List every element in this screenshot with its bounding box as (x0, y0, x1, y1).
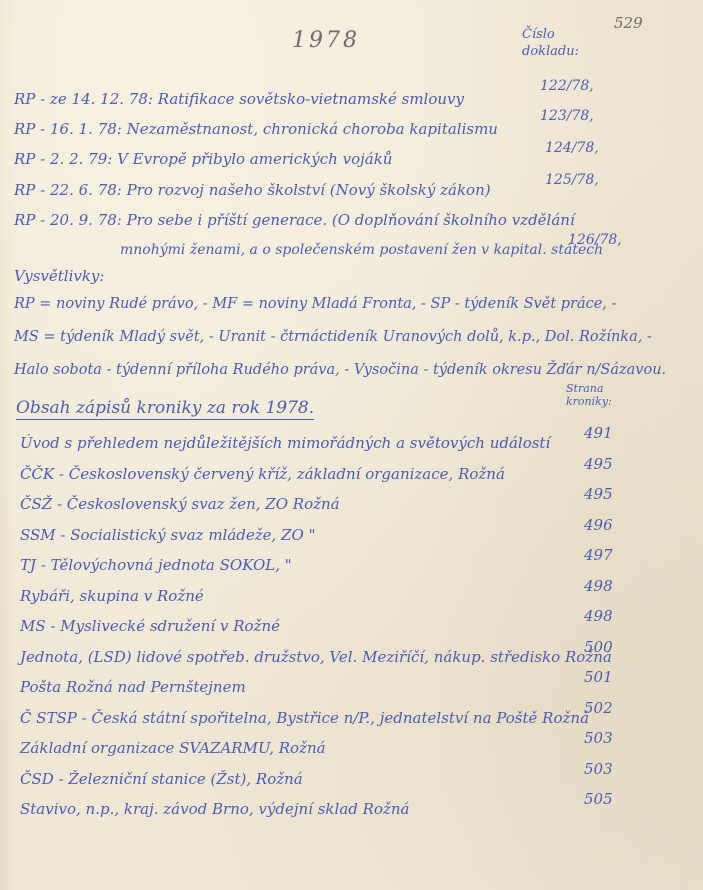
contents-item-label: Stavivo, n.p., kraj. závod Brno, výdejní… (20, 800, 409, 818)
entry-doc-number: 122/78, (540, 78, 594, 94)
contents-item-page: 503 (584, 729, 613, 747)
press-entry: RP - 2. 2. 79: V Evropě přibylo americký… (14, 150, 392, 168)
note-line: MS = týdeník Mladý svět, - Uranit - čtrn… (14, 329, 652, 345)
entry-title: Ratifikace sovětsko-vietnamské smlouvy (158, 90, 464, 108)
entry-source: RP - 2. 2. 79: (14, 150, 112, 168)
contents-item-label: MS - Myslivecké sdružení v Rožné (20, 617, 280, 635)
entry-title-continuation: mnohými ženami, a o společenském postave… (120, 242, 603, 258)
contents-item-page: 501 (584, 668, 613, 686)
contents-item-page: 496 (584, 516, 613, 534)
contents-item-page: 495 (584, 455, 613, 473)
notes-title: Vysvětlivky: (14, 267, 104, 285)
contents-item-page: 498 (584, 607, 613, 625)
contents-item-page: 491 (584, 424, 613, 442)
contents-item-label: Základní organizace SVAZARMU, Rožná (20, 739, 326, 757)
contents-item-label: Rybáři, skupina v Rožné (20, 587, 204, 605)
entry-source: RP - 22. 6. 78: (14, 181, 122, 199)
contents-item-page: 503 (584, 760, 613, 778)
page-column-header: Strana kroniky: (566, 382, 612, 408)
contents-item-label: ČČK - Československý červený kříž, zákla… (20, 465, 505, 483)
contents-item-label: ČSŽ - Československý svaz žen, ZO Rožná (20, 495, 340, 513)
contents-item-label: Úvod s přehledem nejdůležitějších mimořá… (20, 434, 550, 452)
chronicle-page: 529 1978 Číslo dokladu: RP - ze 14. 12. … (0, 0, 703, 890)
year-heading: 1978 (292, 28, 360, 53)
contents-item-page: 498 (584, 577, 613, 595)
press-entry: RP - 16. 1. 78: Nezaměstnanost, chronick… (14, 120, 498, 138)
entry-source: RP - 20. 9. 78: (14, 211, 122, 229)
entry-doc-number: 125/78, (545, 172, 599, 188)
entry-title: Pro sebe i příští generace. (O doplňován… (127, 211, 575, 229)
doc-number-column-header: Číslo dokladu: (522, 26, 579, 60)
contents-item-label: Jednota, (LSD) lidové spotřeb. družstvo,… (20, 648, 612, 666)
contents-item-page: 495 (584, 485, 613, 503)
page-number: 529 (614, 14, 643, 32)
contents-item-page: 497 (584, 546, 613, 564)
contents-item-label: Č STSP - Česká státní spořitelna, Bystři… (20, 709, 589, 727)
contents-item-label: SSM - Socialistický svaz mládeže, ZO " (20, 526, 315, 544)
contents-item-label: TJ - Tělovýchovná jednota SOKOL, " (20, 556, 292, 574)
entry-title: Nezaměstnanost, chronická choroba kapita… (127, 120, 498, 138)
contents-item-label: ČSD - Železniční stanice (Žst), Rožná (20, 770, 303, 788)
contents-item-page: 500 (584, 638, 613, 656)
entry-source: RP - 16. 1. 78: (14, 120, 122, 138)
press-entry: RP - 22. 6. 78: Pro rozvoj našeho školst… (14, 181, 491, 199)
entry-doc-number: 126/78, (568, 232, 622, 248)
contents-title: Obsah zápisů kroniky za rok 1978. (16, 398, 314, 420)
press-entry: RP - ze 14. 12. 78: Ratifikace sovětsko-… (14, 90, 464, 108)
entry-title: Pro rozvoj našeho školství (Nový školský… (127, 181, 491, 199)
entry-source: RP - ze 14. 12. 78: (14, 90, 153, 108)
entry-title: V Evropě přibylo amerických vojáků (117, 150, 392, 168)
entry-doc-number: 123/78, (540, 108, 594, 124)
entry-doc-number: 124/78, (545, 140, 599, 156)
contents-item-label: Pošta Rožná nad Pernštejnem (20, 678, 246, 696)
contents-item-page: 505 (584, 790, 613, 808)
note-line: RP = noviny Rudé právo, - MF = noviny Ml… (14, 296, 616, 312)
contents-item-page: 502 (584, 699, 613, 717)
note-line: Halo sobota - týdenní příloha Rudého prá… (14, 362, 666, 378)
press-entry: RP - 20. 9. 78: Pro sebe i příští genera… (14, 211, 575, 229)
